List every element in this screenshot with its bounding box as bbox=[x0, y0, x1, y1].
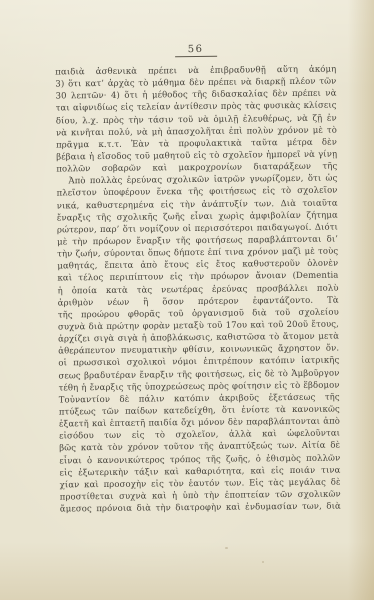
paper-speck bbox=[225, 547, 228, 549]
scanned-book-page: 56 παιδιὰ ἀσθενικὰ πρέπει νὰ ἐπιβραδυνθῇ… bbox=[0, 0, 374, 600]
body-text: παιδιὰ ἀσθενικὰ πρέπει νὰ ἐπιβραδυνθῇ αὕ… bbox=[55, 64, 341, 516]
paper-speck bbox=[262, 561, 264, 563]
page-content: 56 παιδιὰ ἀσθενικὰ πρέπει νὰ ἐπιβραδυνθῇ… bbox=[55, 43, 341, 516]
text-line: ἄμεσος πρόνοια διὰ τὴν διατροφὴν καὶ ἐνδ… bbox=[60, 501, 341, 516]
page-number: 56 bbox=[55, 43, 336, 57]
page-header: 56 bbox=[55, 43, 336, 59]
page-number-rule bbox=[175, 56, 217, 57]
